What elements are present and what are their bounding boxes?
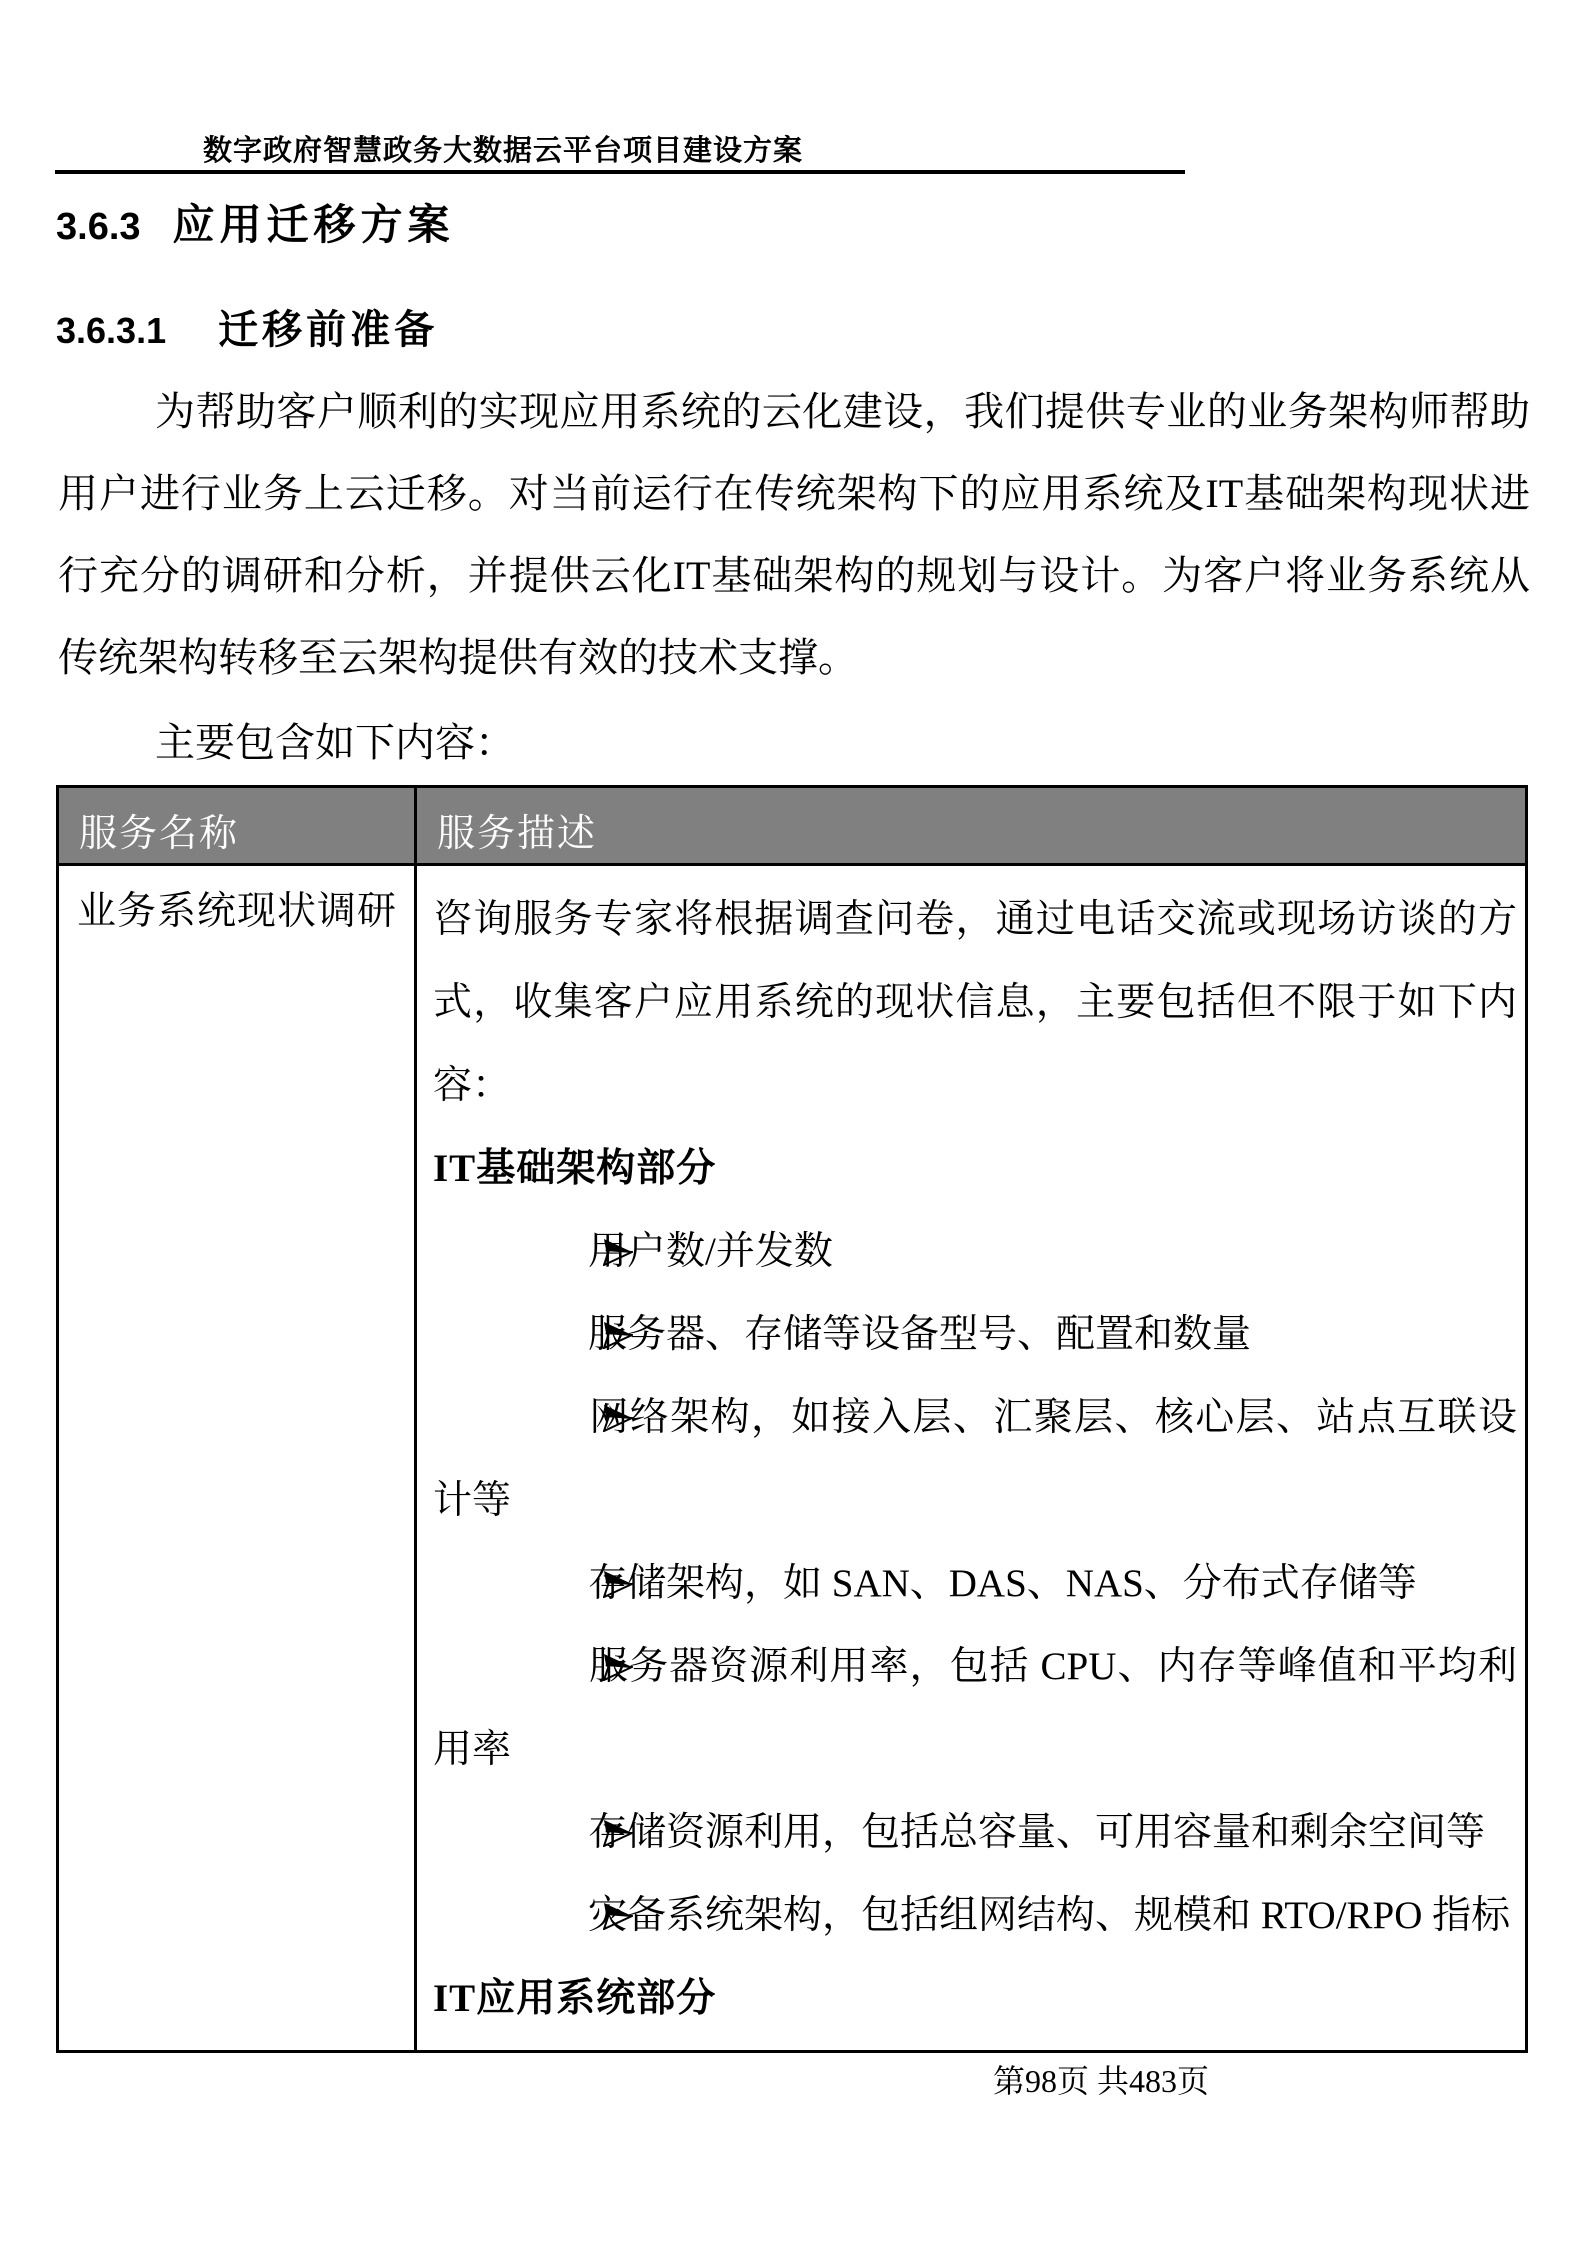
header-rule <box>55 170 1185 174</box>
column-header-service-description: 服务描述 <box>416 787 1527 865</box>
column-header-service-name: 服务名称 <box>58 787 416 865</box>
bullet-item: 服务器资源利用率，包括 CPU、内存等峰值和平均利用率 <box>433 1625 1517 1791</box>
bullet-text: 存储资源利用，包括总容量、可用容量和剩余空间等 <box>588 1811 1485 1854</box>
lead-in-line: 主要包含如下内容： <box>58 702 1530 784</box>
bullet-item: 用户数/并发数 <box>433 1210 1517 1293</box>
arrow-bullet-icon <box>518 1210 548 1238</box>
bullet-item: 存储架构，如 SAN、DAS、NAS、分布式存储等 <box>433 1542 1517 1625</box>
bullet-text: 用户数/并发数 <box>588 1230 833 1273</box>
bullet-text: 存储架构，如 SAN、DAS、NAS、分布式存储等 <box>588 1562 1417 1605</box>
section-number: 3.6.3 <box>56 206 141 248</box>
arrow-bullet-icon <box>518 1293 548 1321</box>
description-intro: 咨询服务专家将根据调查问卷，通过电话交流或现场访谈的方式，收集客户应用系统的现状… <box>433 878 1517 1127</box>
bullet-item: 灾备系统架构，包括组网结构、规模和 RTO/RPO 指标 <box>433 1874 1517 1957</box>
bullet-text: 网络架构，如接入层、汇聚层、核心层、站点互联设计等 <box>433 1396 1517 1522</box>
bullet-text: 灾备系统架构，包括组网结构、规模和 RTO/RPO 指标 <box>588 1894 1510 1937</box>
subsection-title: 迁移前准备 <box>218 307 438 352</box>
description-subheading-application: IT应用系统部分 <box>433 1957 1517 2040</box>
intro-paragraph: 为帮助客户顺利的实现应用系统的云化建设，我们提供专业的业务架构师帮助用户进行业务… <box>58 371 1530 699</box>
arrow-bullet-icon <box>518 1874 548 1902</box>
subsection-heading: 3.6.3.1迁移前准备 <box>56 298 438 355</box>
arrow-bullet-icon <box>518 1542 548 1570</box>
page-number: 第98页 共483页 <box>993 2056 1209 2102</box>
service-table: 服务名称 服务描述 业务系统现状调研 咨询服务专家将根据调查问卷，通过电话交流或… <box>56 785 1528 2053</box>
bullet-item: 存储资源利用，包括总容量、可用容量和剩余空间等 <box>433 1791 1517 1874</box>
service-description-cell: 咨询服务专家将根据调查问卷，通过电话交流或现场访谈的方式，收集客户应用系统的现状… <box>416 865 1527 2052</box>
table-row: 业务系统现状调研 咨询服务专家将根据调查问卷，通过电话交流或现场访谈的方式，收集… <box>58 865 1527 2052</box>
arrow-bullet-icon <box>518 1376 548 1404</box>
header-title: 数字政府智慧政务大数据云平台项目建设方案 <box>203 128 803 169</box>
bullet-text: 服务器、存储等设备型号、配置和数量 <box>588 1313 1251 1356</box>
table-header-row: 服务名称 服务描述 <box>58 787 1527 865</box>
description-subheading-infrastructure: IT基础架构部分 <box>433 1127 1517 1210</box>
section-title: 应用迁移方案 <box>173 203 455 249</box>
section-heading: 3.6.3应用迁移方案 <box>56 192 455 252</box>
arrow-bullet-icon <box>518 1791 548 1819</box>
document-page: 数字政府智慧政务大数据云平台项目建设方案 3.6.3应用迁移方案 3.6.3.1… <box>0 0 1587 2245</box>
subsection-number: 3.6.3.1 <box>56 310 166 351</box>
service-name-cell: 业务系统现状调研 <box>58 865 416 2052</box>
arrow-bullet-icon <box>518 1625 548 1653</box>
bullet-item: 网络架构，如接入层、汇聚层、核心层、站点互联设计等 <box>433 1376 1517 1542</box>
bullet-item: 服务器、存储等设备型号、配置和数量 <box>433 1293 1517 1376</box>
bullet-text: 服务器资源利用率，包括 CPU、内存等峰值和平均利用率 <box>433 1645 1517 1771</box>
